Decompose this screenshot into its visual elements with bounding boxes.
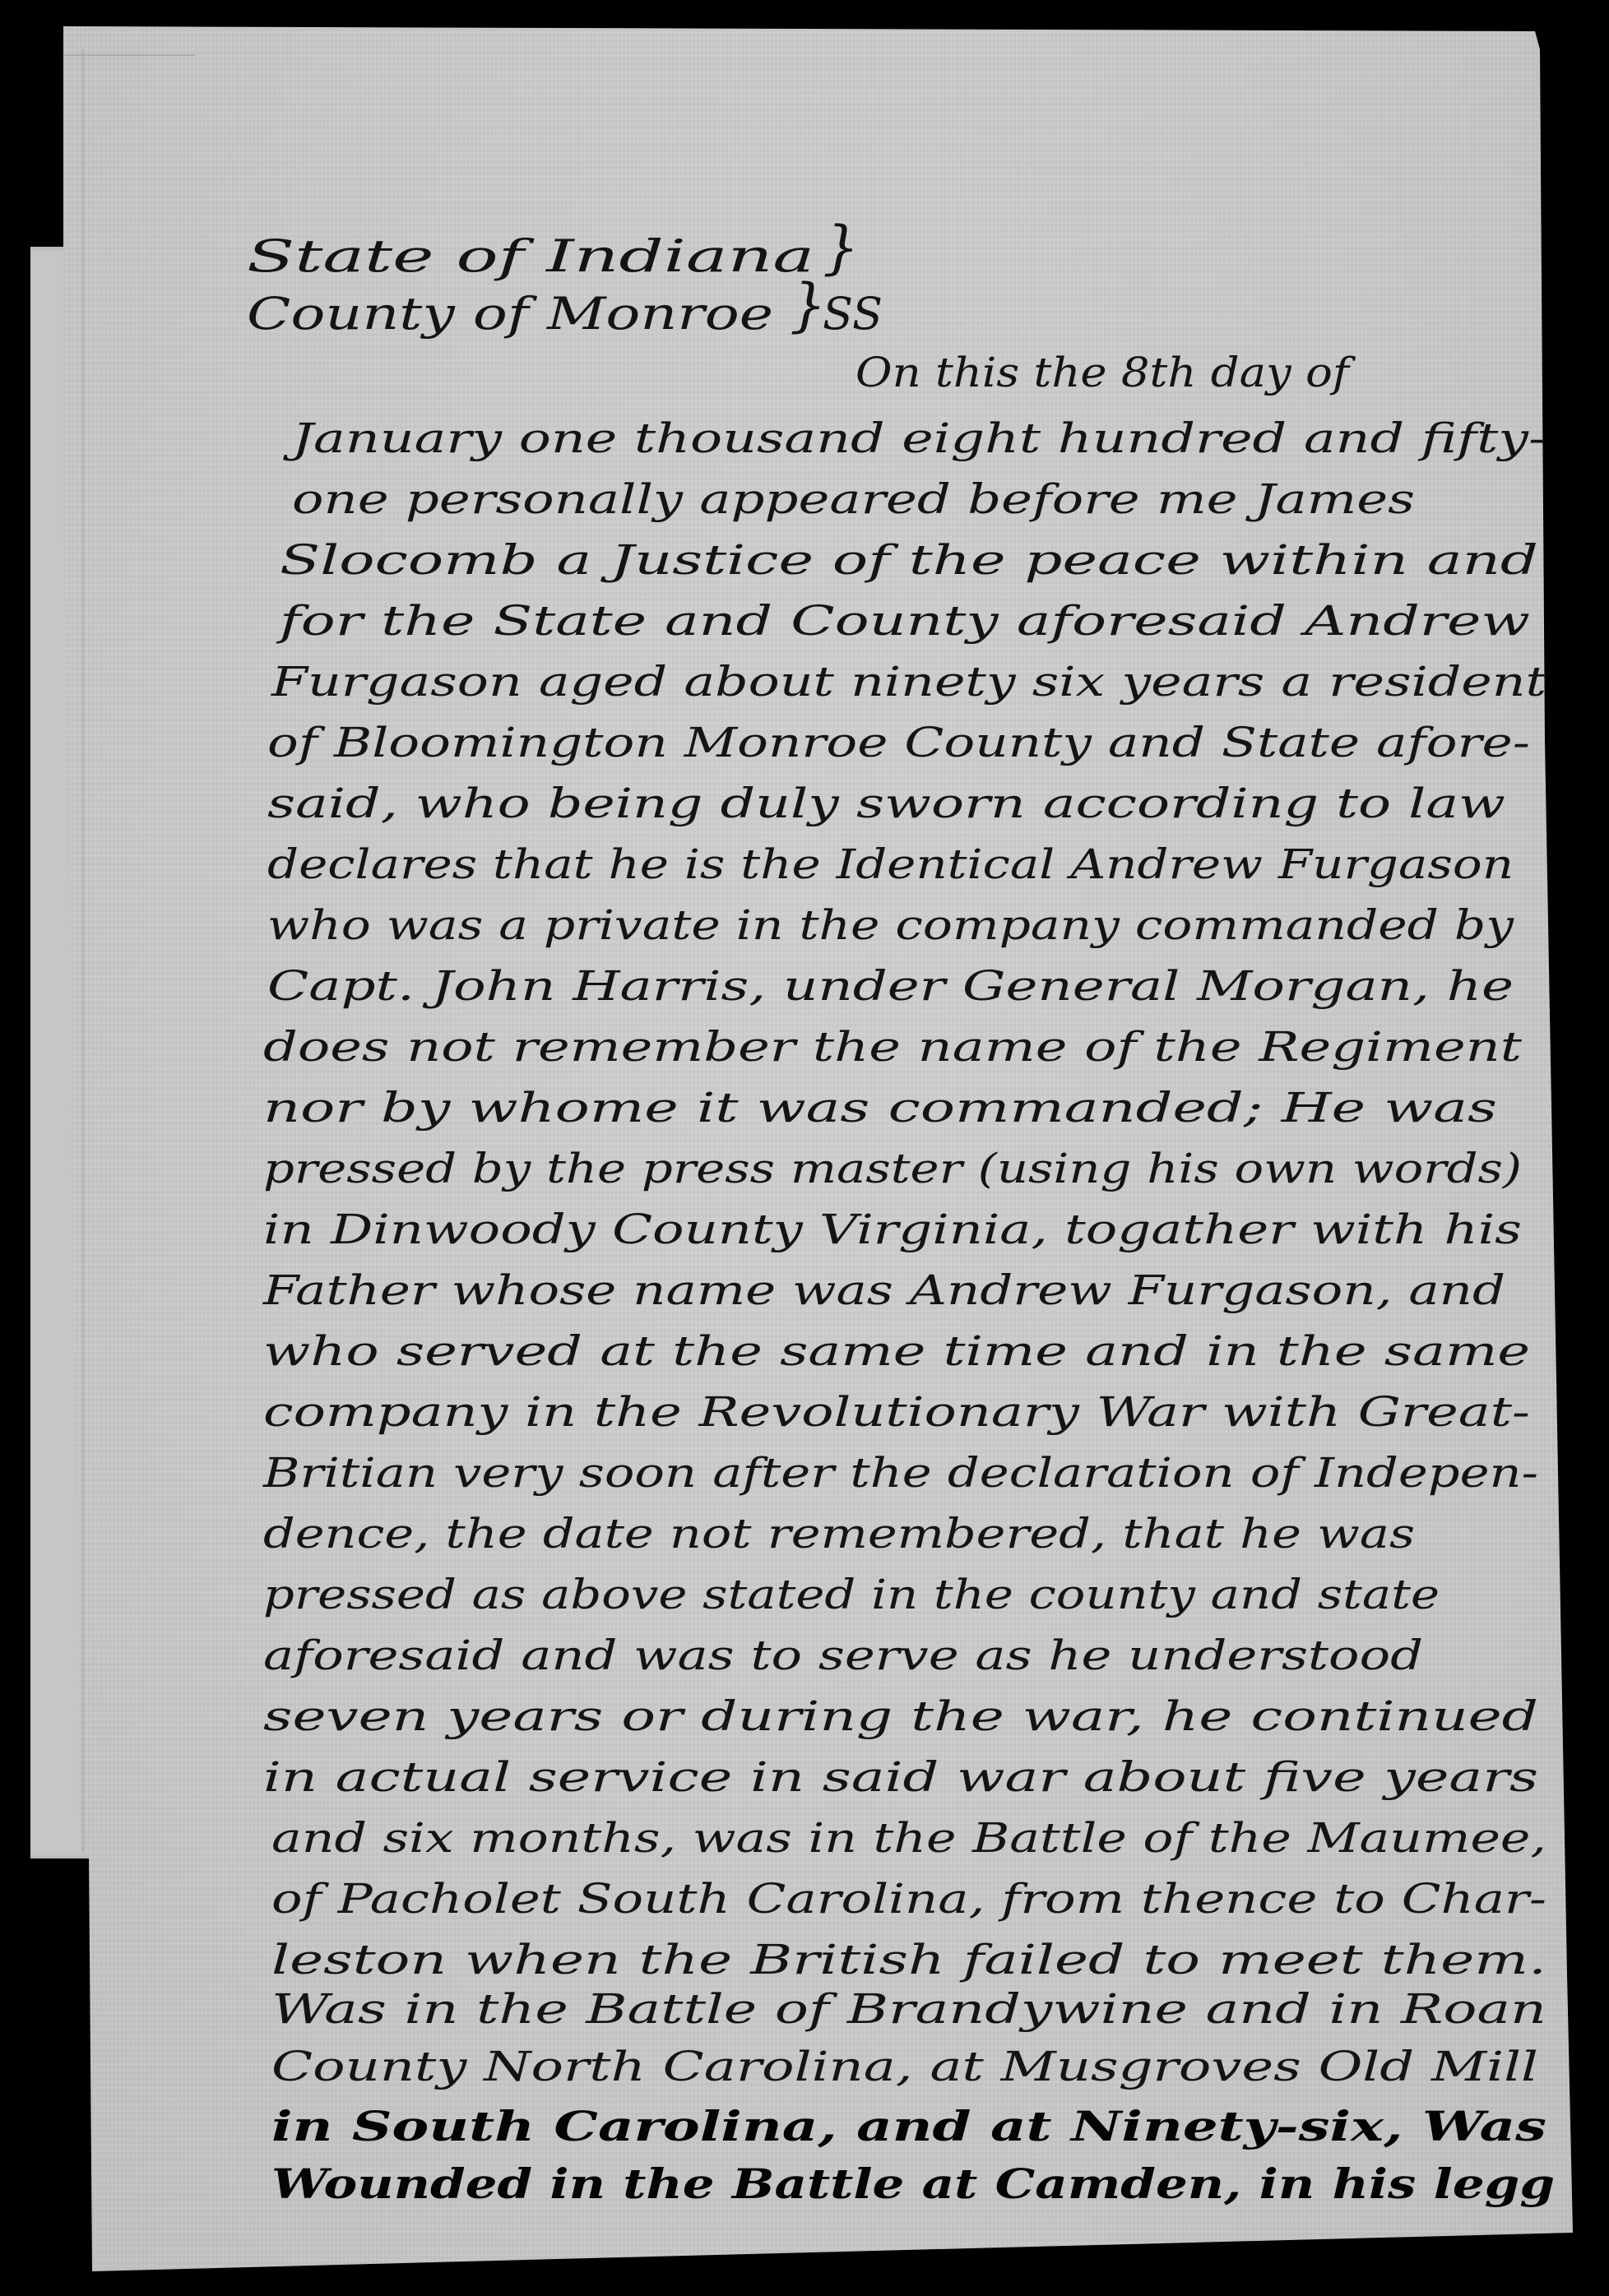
caption-state: State of Indiana: [247, 230, 814, 282]
line-10: who was a private in the company command…: [267, 901, 1514, 949]
line-24: in actual service in said war about five…: [263, 1753, 1538, 1801]
line-13: nor by whome it was commanded; He was: [263, 1084, 1497, 1132]
line-19: Britian very soon after the declaration …: [262, 1449, 1538, 1497]
line-18: company in the Revolutionary War with Gr…: [263, 1388, 1530, 1436]
line-22: aforesaid and was to serve as he underst…: [263, 1632, 1423, 1679]
line-29: County North Carolina, at Musgroves Old …: [271, 2043, 1538, 2090]
line-12: does not remember the name of the Regime…: [263, 1023, 1523, 1071]
line-06: Furgason aged about ninety six years a r…: [271, 658, 1547, 706]
line-16: Father whose name was Andrew Furgason, a…: [262, 1266, 1505, 1314]
line-01: On this the 8th day of: [856, 349, 1356, 396]
line-11: Capt. John Harris, under General Morgan,…: [267, 962, 1514, 1010]
line-08: said, who being duly sworn according to …: [267, 780, 1505, 827]
line-15: in Dinwoody County Virginia, togather wi…: [263, 1206, 1522, 1253]
line-23: seven years or during the war, he contin…: [263, 1692, 1538, 1740]
caption-brace-lower: }: [790, 271, 827, 339]
line-28: Was in the Battle of Brandywine and in R…: [271, 1985, 1546, 2033]
document-viewer: State of Indiana County of Monroe } } SS…: [0, 0, 1609, 2296]
caption-ss: SS: [823, 288, 883, 340]
line-03: one personally appeared before me James: [292, 475, 1415, 523]
line-26: of Pacholet South Carolina, from thence …: [271, 1875, 1546, 1923]
line-17: who served at the same time and in the s…: [263, 1327, 1530, 1375]
line-05: for the State and County aforesaid Andre…: [275, 597, 1530, 645]
line-14: pressed by the press master (using his o…: [263, 1145, 1522, 1192]
line-27: leston when the British failed to meet t…: [271, 1936, 1546, 1984]
line-30: in South Carolina, and at Ninety-six, Wa…: [271, 2102, 1546, 2150]
line-04: Slocomb a Justice of the peace within an…: [280, 536, 1538, 584]
line-21: pressed as above stated in the county an…: [263, 1571, 1440, 1618]
line-02: January one thousand eight hundred and f…: [282, 414, 1546, 462]
caption-brace-upper: }: [823, 214, 860, 281]
line-25: and six months, was in the Battle of the…: [271, 1814, 1546, 1862]
caption-county: County of Monroe: [247, 288, 773, 340]
line-07: of Bloomington Monroe County and State a…: [267, 719, 1530, 766]
handwritten-text: State of Indiana County of Monroe } } SS…: [0, 0, 1609, 2296]
line-20: dence, the date not remembered, that he …: [263, 1510, 1415, 1558]
line-31: Wounded in the Battle at Camden, in his …: [271, 2159, 1555, 2208]
line-09: declares that he is the Identical Andrew…: [267, 840, 1514, 888]
